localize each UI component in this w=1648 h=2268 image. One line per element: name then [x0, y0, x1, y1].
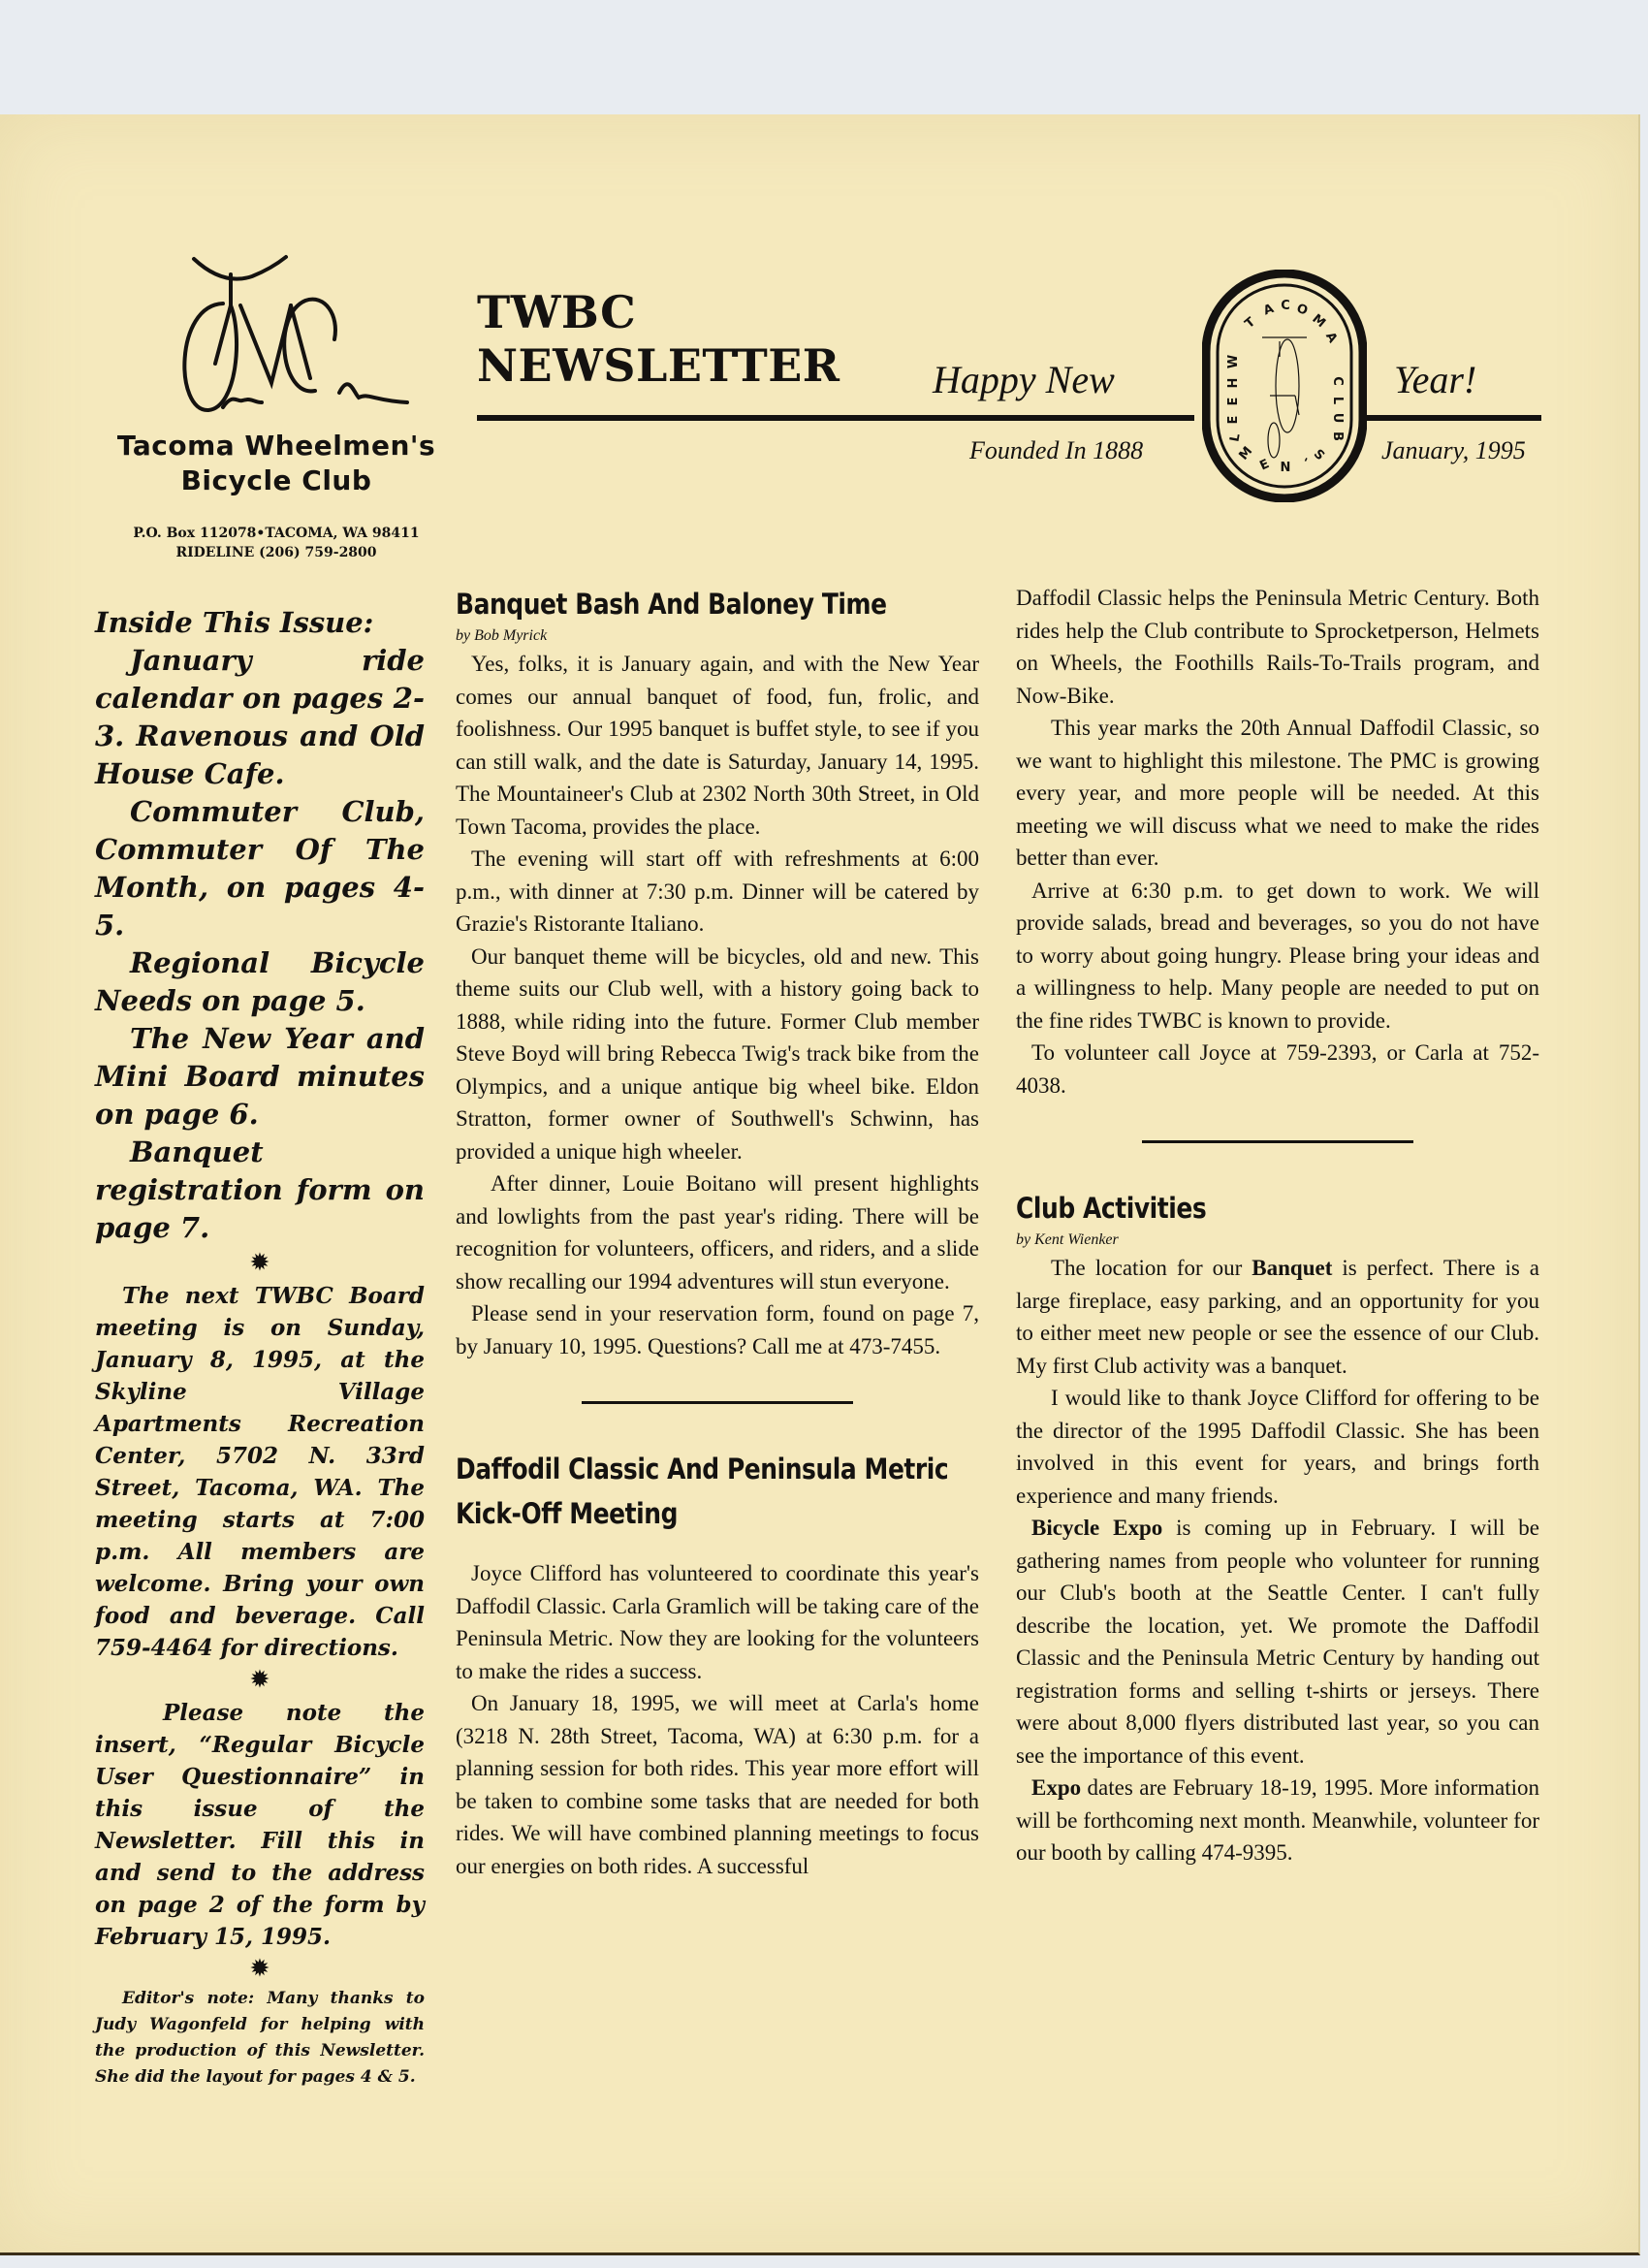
headline-daffodil-line2: Kick-Off Meeting [456, 1491, 905, 1536]
article-paragraph: The evening will start off with refreshm… [456, 843, 979, 941]
rideline-phone: RIDELINE (206) 759-2800 [97, 543, 456, 562]
article-paragraph: This year marks the 20th Annual Daffodil… [1016, 712, 1539, 875]
po-box: P.O. Box 112078•TACOMA, WA 98411 [97, 524, 456, 543]
svg-text:L: L [1330, 397, 1345, 404]
article-paragraph: Arrive at 6:30 p.m. to get down to work.… [1016, 875, 1539, 1038]
article-paragraph: On January 18, 1995, we will meet at Car… [456, 1687, 979, 1882]
greeting-happy-new: Happy New [933, 357, 1115, 402]
starburst-separator-icon: ✹ [95, 1251, 425, 1274]
svg-text:B: B [1330, 431, 1345, 441]
founded-date: Founded In 1888 [969, 436, 1143, 465]
club-name-line1: Tacoma Wheelmen's [97, 429, 456, 463]
headline-daffodil: Daffodil Classic And Peninsula Metric Ki… [456, 1447, 905, 1536]
club-name: Tacoma Wheelmen's Bicycle Club [97, 429, 456, 498]
article-paragraph: Joyce Clifford has volunteered to coordi… [456, 1557, 979, 1687]
toc-item: Banquet registration form on page 7. [95, 1134, 425, 1247]
article-paragraph: Yes, folks, it is January again, and wit… [456, 648, 979, 843]
masthead-rule-left [477, 415, 1194, 421]
sidebar: Inside This Issue: January ride calendar… [95, 604, 425, 2091]
headline-club-activities: Club Activities [1016, 1186, 1466, 1230]
section-divider [582, 1401, 853, 1404]
issue-date: January, 1995 [1381, 436, 1526, 465]
toc-item: Commuter Club, Commuter Of The Month, on… [95, 793, 425, 944]
svg-text:H: H [1226, 378, 1241, 389]
article-paragraph: Daffodil Classic helps the Peninsula Met… [1016, 582, 1539, 712]
svg-text:C: C [1281, 299, 1290, 313]
article-paragraph: The location for our Banquet is perfect.… [1016, 1252, 1539, 1382]
club-oval-badge-icon: T A C O M A W H E E L M E N ' S C L U B [1202, 270, 1367, 502]
toc-heading: Inside This Issue: [95, 604, 425, 642]
title-line1: TWBC [477, 286, 840, 339]
article-paragraph: Expo dates are February 18-19, 1995. Mor… [1016, 1772, 1539, 1869]
title-line2: NEWSLETTER [477, 339, 840, 393]
section-divider [1142, 1140, 1413, 1143]
questionnaire-insert-notice: Please note the insert, “Regular Bicycle… [95, 1697, 425, 1953]
article-paragraph: Our banquet theme will be bicycles, old … [456, 941, 979, 1168]
toc-item: Regional Bicycle Needs on page 5. [95, 944, 425, 1020]
table-of-contents: Inside This Issue: January ride calendar… [95, 604, 425, 1247]
byline-banquet: by Bob Myrick [456, 626, 979, 646]
keyword-banquet: Banquet [1252, 1256, 1332, 1280]
text-run: The location for our [1051, 1256, 1252, 1280]
headline-daffodil-line1: Daffodil Classic And Peninsula Metric [456, 1447, 905, 1491]
toc-item: The New Year and Mini Board minutes on p… [95, 1020, 425, 1134]
bicycle-monogram-logo-icon [155, 247, 417, 427]
keyword-expo: Expo [1031, 1775, 1081, 1800]
club-address: P.O. Box 112078•TACOMA, WA 98411 RIDELIN… [97, 524, 456, 562]
svg-text:N: N [1281, 461, 1291, 475]
text-run: is coming up in February. I will be gath… [1016, 1516, 1539, 1768]
greeting-year: Year! [1394, 357, 1476, 402]
byline-club-activities: by Kent Wienker [1016, 1230, 1539, 1250]
text-run: dates are February 18-19, 1995. More inf… [1016, 1775, 1539, 1865]
svg-text:E: E [1226, 398, 1241, 406]
keyword-bicycle-expo: Bicycle Expo [1031, 1516, 1162, 1540]
article-paragraph: Bicycle Expo is coming up in February. I… [1016, 1512, 1539, 1772]
board-meeting-notice: The next TWBC Board meeting is on Sunday… [95, 1280, 425, 1664]
masthead-rule-right [1357, 415, 1541, 421]
svg-text:U: U [1330, 413, 1345, 424]
toc-item: January ride calendar on pages 2-3. Rave… [95, 642, 425, 793]
middle-column: Banquet Bash And Baloney Time by Bob Myr… [456, 582, 979, 1882]
article-paragraph: After dinner, Louie Boitano will present… [456, 1167, 979, 1297]
club-name-line2: Bicycle Club [97, 463, 456, 498]
editors-note: Editor's note: Many thanks to Judy Wagon… [95, 1986, 425, 2091]
svg-text:W: W [1226, 355, 1241, 368]
svg-text:E: E [1226, 416, 1241, 425]
right-column: Daffodil Classic helps the Peninsula Met… [1016, 582, 1539, 1869]
article-paragraph: To volunteer call Joyce at 759-2393, or … [1016, 1037, 1539, 1102]
newsletter-title: TWBC NEWSLETTER [477, 286, 840, 393]
article-paragraph: Please send in your reservation form, fo… [456, 1297, 979, 1362]
headline-banquet: Banquet Bash And Baloney Time [456, 582, 905, 626]
starburst-separator-icon: ✹ [95, 1957, 425, 1980]
svg-text:C: C [1330, 376, 1345, 386]
starburst-separator-icon: ✹ [95, 1668, 425, 1691]
article-paragraph: I would like to thank Joyce Clifford for… [1016, 1382, 1539, 1512]
